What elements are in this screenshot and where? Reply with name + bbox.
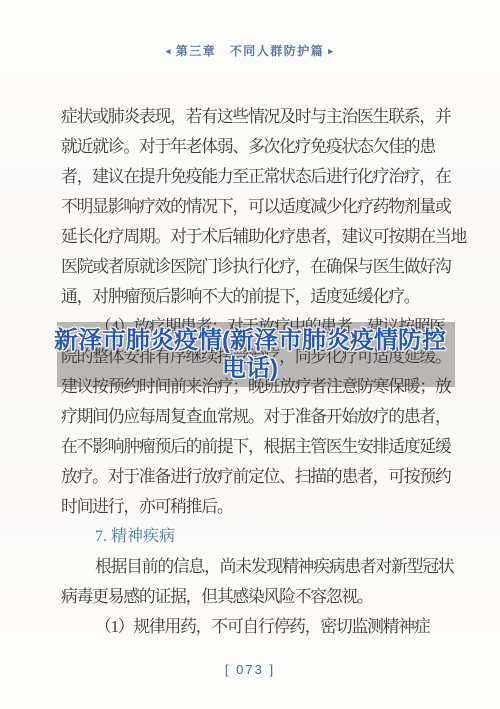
text-line: 疗期间仍应每周复查血常规。对于准备开始放疗的患者， [61,402,459,432]
left-triangle-icon: ◂ [162,46,176,56]
text-line: 者，建议在提升免疫能力至正常状态后进行化疗治疗，在 [61,162,459,192]
seo-overlay-title: 新泽市肺炎疫情(新泽市肺炎疫情防控电话) [45,327,455,383]
text-line: 不明显影响疗效的情况下，可以适度减少化疗药物剂量或 [61,192,459,222]
chapter-header: ◂第三章 不同人群防护篇▸ [0,42,500,59]
text-line: 症状或肺炎表现，若有这些情况及时与主治医生联系，并 [61,102,459,132]
text-line: 延长化疗周期。对于术后辅助化疗患者，建议可按期在当地 [61,222,459,252]
book-page: ◂第三章 不同人群防护篇▸ 症状或肺炎表现，若有这些情况及时与主治医生联系，并就… [0,0,500,709]
page-number: [ 073 ] [0,662,500,677]
text-line: 病毒更易感的证据，但其感染风险不容忽视。 [61,582,459,612]
overlay-title-line: 电话) [45,355,455,383]
text-line: 根据目前的信息，尚未发现精神疾病患者对新型冠状 [61,552,459,582]
right-triangle-icon: ▸ [324,46,338,56]
text-line: 通，对肿瘤预后影响不大的前提下，适度延缓化疗。 [61,282,459,312]
text-line: 7. 精神疾病 [61,522,459,552]
text-line: 就近就诊。对于年老体弱、多次化疗免疫状态欠佳的患 [61,132,459,162]
text-line: 医院或者原就诊医院门诊执行化疗，在确保与医生做好沟 [61,252,459,282]
text-line: （1）规律用药，不可自行停药，密切监测精神症 [61,612,459,642]
text-line: 时间进行，亦可稍推后。 [61,492,459,522]
text-line: 放疗。对于准备进行放疗前定位、扫描的患者，可按预约 [61,462,459,492]
overlay-title-line: 新泽市肺炎疫情(新泽市肺炎疫情防控 [45,327,455,355]
text-line: 在不影响肿瘤预后的前提下，根据主管医生安排适度延缓 [61,432,459,462]
chapter-title: 第三章 不同人群防护篇 [176,44,325,58]
